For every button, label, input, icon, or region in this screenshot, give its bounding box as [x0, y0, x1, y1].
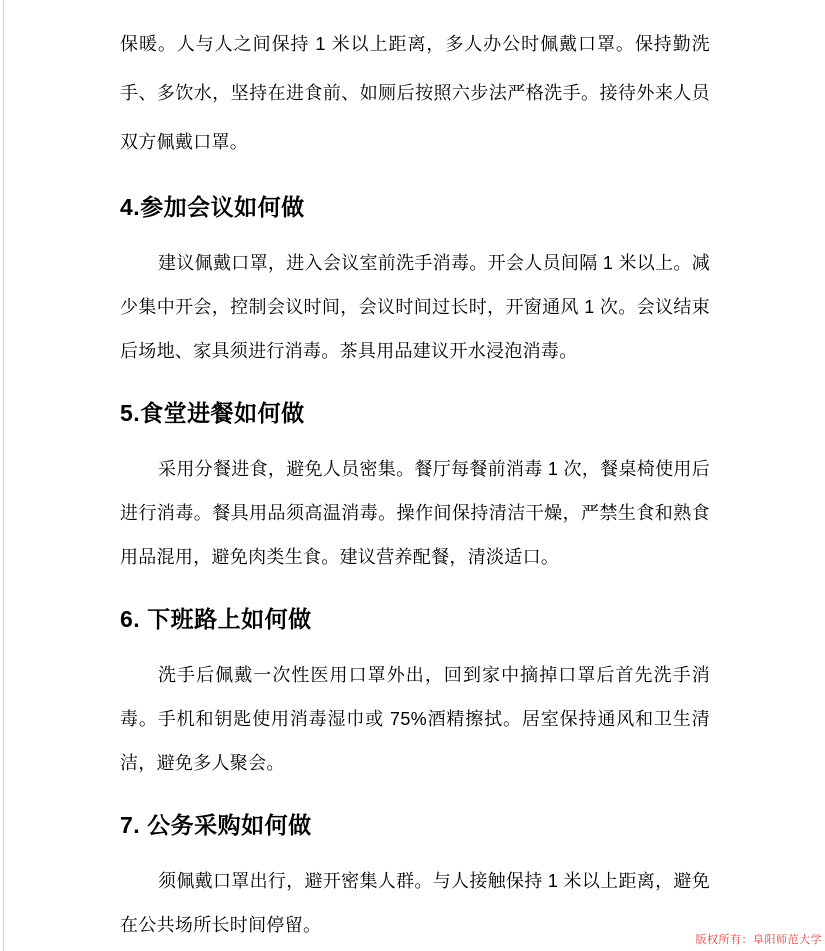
document-content: 保暖。人与人之间保持 1 米以上距离，多人办公时佩戴口罩。保持勤洗手、多饮水，坚… — [120, 20, 710, 947]
copyright-watermark: 版权所有：阜阳师范大学 — [696, 931, 823, 947]
page-edge-line — [3, 0, 4, 951]
section-heading-6: 6. 下班路上如何做 — [120, 606, 710, 632]
document-page: { "document": { "continuation_text": "保暖… — [0, 0, 825, 951]
section-paragraph-7: 须佩戴口罩出行，避开密集人群。与人接触保持 1 米以上距离，避免在公共场所长时间… — [120, 859, 710, 947]
section-paragraph-4: 建议佩戴口罩，进入会议室前洗手消毒。开会人员间隔 1 米以上。减少集中开会，控制… — [120, 241, 710, 373]
section-heading-5: 5.食堂进餐如何做 — [120, 400, 710, 426]
paragraph-continuation: 保暖。人与人之间保持 1 米以上距离，多人办公时佩戴口罩。保持勤洗手、多饮水，坚… — [120, 20, 710, 167]
section-heading-7: 7. 公务采购如何做 — [120, 812, 710, 838]
section-heading-4: 4.参加会议如何做 — [120, 194, 710, 220]
section-paragraph-6: 洗手后佩戴一次性医用口罩外出，回到家中摘掉口罩后首先洗手消毒。手机和钥匙使用消毒… — [120, 653, 710, 785]
section-paragraph-5: 采用分餐进食，避免人员密集。餐厅每餐前消毒 1 次，餐桌椅使用后进行消毒。餐具用… — [120, 447, 710, 579]
